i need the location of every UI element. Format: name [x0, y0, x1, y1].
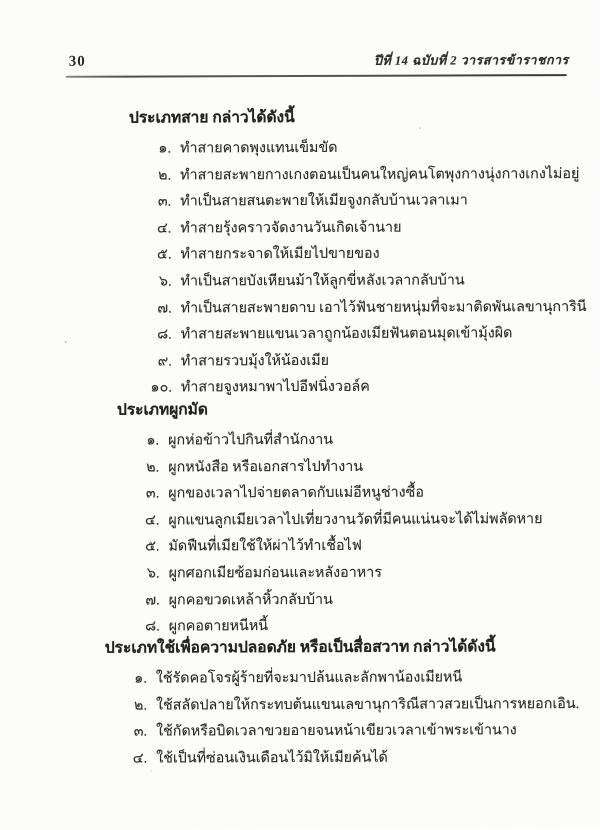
- section-phukmat: ประเภทผูกมัด๑.ผูกห่อข้าวไปกินที่สำนักงาน…: [117, 397, 583, 640]
- item-text: ผูกของเวลาไปจ่ายตลาดกับแม่อีหนูช่างซื้อ: [168, 480, 424, 507]
- list-item: ๒.ทำสายสะพายกางเกงตอนเป็นคนใหญ่คนโตพุงกา…: [129, 161, 574, 189]
- item-text: ทำสายคาดพุงแทนเข็มขัด: [180, 135, 338, 162]
- item-text: ทำสายสะพายแขนเวลาถูกน้องเมียฟันตอนมุดเข้…: [181, 320, 513, 348]
- item-number: ๔.: [117, 507, 159, 534]
- list-item: ๔.ทำสายรุ้งคราวจัดงานวันเกิดเจ้านาย: [129, 214, 574, 242]
- item-text: ผูกแขนลูกเมียเวลาไปเที่ยวงานวัดที่มีคนแน…: [168, 506, 542, 534]
- list-item: ๗.ผูกคอขวดเหล้าหิ้วกลับบ้าน: [118, 586, 583, 614]
- item-text: ทำเป็นสายบังเหียนม้าให้ลูกขี่หลังเวลากลั…: [180, 267, 464, 295]
- list-item: ๑.ใช้รัดคอโจรผู้ร้ายที่จะมาปล้นและลักพาน…: [105, 664, 585, 692]
- list-item: ๙.ทำสายรวบมุ้งให้น้องเมีย: [130, 347, 575, 375]
- list-item: ๒.ใช้สลัดปลายให้กระทบต้นแขนเลขานุการิณีส…: [105, 691, 585, 719]
- item-text: ผูกห่อข้าวไปกินที่สำนักงาน: [168, 427, 333, 454]
- scan-speck: [419, 128, 421, 129]
- item-text: ทำสายสะพายกางเกงตอนเป็นคนใหญ่คนโตพุงกางน…: [180, 161, 579, 189]
- item-number: ๑.: [105, 666, 147, 693]
- list-item: ๑.ทำสายคาดพุงแทนเข็มขัด: [129, 134, 574, 162]
- section-heading: ประเภทผูกมัด: [117, 397, 582, 423]
- item-number: ๗.: [118, 587, 160, 614]
- list-item: ๖.ทำเป็นสายบังเหียนม้าให้ลูกขี่หลังเวลาก…: [129, 267, 574, 295]
- item-text: ทำสายรุ้งคราวจัดงานวันเกิดเจ้านาย: [180, 214, 401, 241]
- header-rule: [66, 74, 567, 78]
- item-number: ๓.: [105, 719, 147, 746]
- item-text: ทำสายรวบมุ้งให้น้องเมีย: [181, 348, 329, 375]
- scan-speck: [65, 341, 67, 343]
- item-number: ๙.: [130, 348, 172, 375]
- item-number: ๕.: [117, 534, 159, 561]
- item-number: ๔.: [129, 215, 171, 242]
- item-number: ๓.: [129, 189, 171, 216]
- list-item: ๓.ผูกของเวลาไปจ่ายตลาดกับแม่อีหนูช่างซื้…: [117, 479, 582, 507]
- item-text: ผูกคอขวดเหล้าหิ้วกลับบ้าน: [169, 586, 333, 613]
- item-text: มัดฟืนที่เมียใช้ให้ผ่าไว้ทำเชื้อไฟ: [168, 533, 361, 560]
- item-text: ผูกศอกเมียซ้อมก่อนและหลังอาหาร: [169, 560, 382, 587]
- journal-header: ปีที่ 14 ฉบับที่ 2 วารสารข้าราชการ: [374, 50, 569, 71]
- item-text: ใช้เป็นที่ซ่อนเงินเดือนไว้มิให้เมียค้นได…: [156, 744, 388, 771]
- list-item: ๓.ใช้กัดหรือบิดเวลาขวยอายจนหน้าเขียวเวลา…: [105, 717, 585, 745]
- item-number: ๒.: [117, 454, 159, 481]
- section-sai: ประเภทสาย กล่าวได้ดังนี้๑.ทำสายคาดพุงแทน…: [129, 105, 575, 401]
- item-text: ใช้สลัดปลายให้กระทบต้นแขนเลขานุการิณีสาว…: [156, 691, 579, 719]
- list-item: ๘.ทำสายสะพายแขนเวลาถูกน้องเมียฟันตอนมุดเ…: [130, 320, 575, 348]
- item-number: ๖.: [118, 560, 160, 587]
- list-item: ๑.ผูกห่อข้าวไปกินที่สำนักงาน: [117, 426, 582, 454]
- page-number: 30: [69, 54, 86, 71]
- item-number: ๓.: [117, 481, 159, 508]
- list-item: ๖.ผูกศอกเมียซ้อมก่อนและหลังอาหาร: [118, 559, 583, 587]
- item-number: ๑.: [129, 135, 171, 162]
- section-safety: ประเภทใช้เพื่อความปลอดภัย หรือเป็นสื่อสว…: [105, 635, 585, 772]
- item-number: ๘.: [130, 322, 172, 349]
- item-text: ใช้กัดหรือบิดเวลาขวยอายจนหน้าเขียวเวลาเข…: [156, 717, 517, 745]
- item-text: ทำเป็นสายสนตะพายให้เมียจูงกลับบ้านเวลาเม…: [180, 188, 468, 216]
- list-item: ๓.ทำเป็นสายสนตะพายให้เมียจูงกลับบ้านเวลา…: [129, 187, 574, 215]
- list-item: ๔.ใช้เป็นที่ซ่อนเงินเดือนไว้มิให้เมียค้น…: [105, 744, 585, 772]
- item-text: ทำเป็นสายสะพายดาบ เอาไว้ฟันชายหนุ่มที่จะ…: [181, 294, 587, 322]
- item-text: ผูกหนังสือ หรือเอกสารไปทำงาน: [168, 453, 363, 480]
- item-number: ๒.: [129, 162, 171, 189]
- item-number: ๔.: [105, 745, 147, 772]
- list-item: ๔.ผูกแขนลูกเมียเวลาไปเที่ยวงานวัดที่มีคน…: [117, 506, 582, 534]
- item-number: ๖.: [129, 268, 171, 295]
- list-item: ๗.ทำเป็นสายสะพายดาบ เอาไว้ฟันชายหนุ่มที่…: [130, 294, 575, 322]
- section-heading: ประเภทสาย กล่าวได้ดังนี้: [129, 105, 574, 131]
- list-item: ๒.ผูกหนังสือ หรือเอกสารไปทำงาน: [117, 453, 582, 481]
- scanned-journal-page: 30 ปีที่ 14 ฉบับที่ 2 วารสารข้าราชการ ปร…: [0, 0, 600, 830]
- item-text: ทำสายกระจาดให้เมียไปขายของ: [180, 241, 379, 268]
- scan-speck: [151, 771, 152, 772]
- section-heading: ประเภทใช้เพื่อความปลอดภัย หรือเป็นสื่อสว…: [105, 635, 585, 661]
- item-text: ใช้รัดคอโจรผู้ร้ายที่จะมาปล้นและลักพาน้อ…: [156, 664, 462, 692]
- item-number: ๑.: [117, 427, 159, 454]
- item-number: ๒.: [105, 692, 147, 719]
- item-number: ๗.: [130, 295, 172, 322]
- item-number: ๕.: [129, 242, 171, 269]
- list-item: ๕.ทำสายกระจาดให้เมียไปขายของ: [129, 240, 574, 268]
- list-item: ๕.มัดฟืนที่เมียใช้ให้ผ่าไว้ทำเชื้อไฟ: [117, 532, 582, 560]
